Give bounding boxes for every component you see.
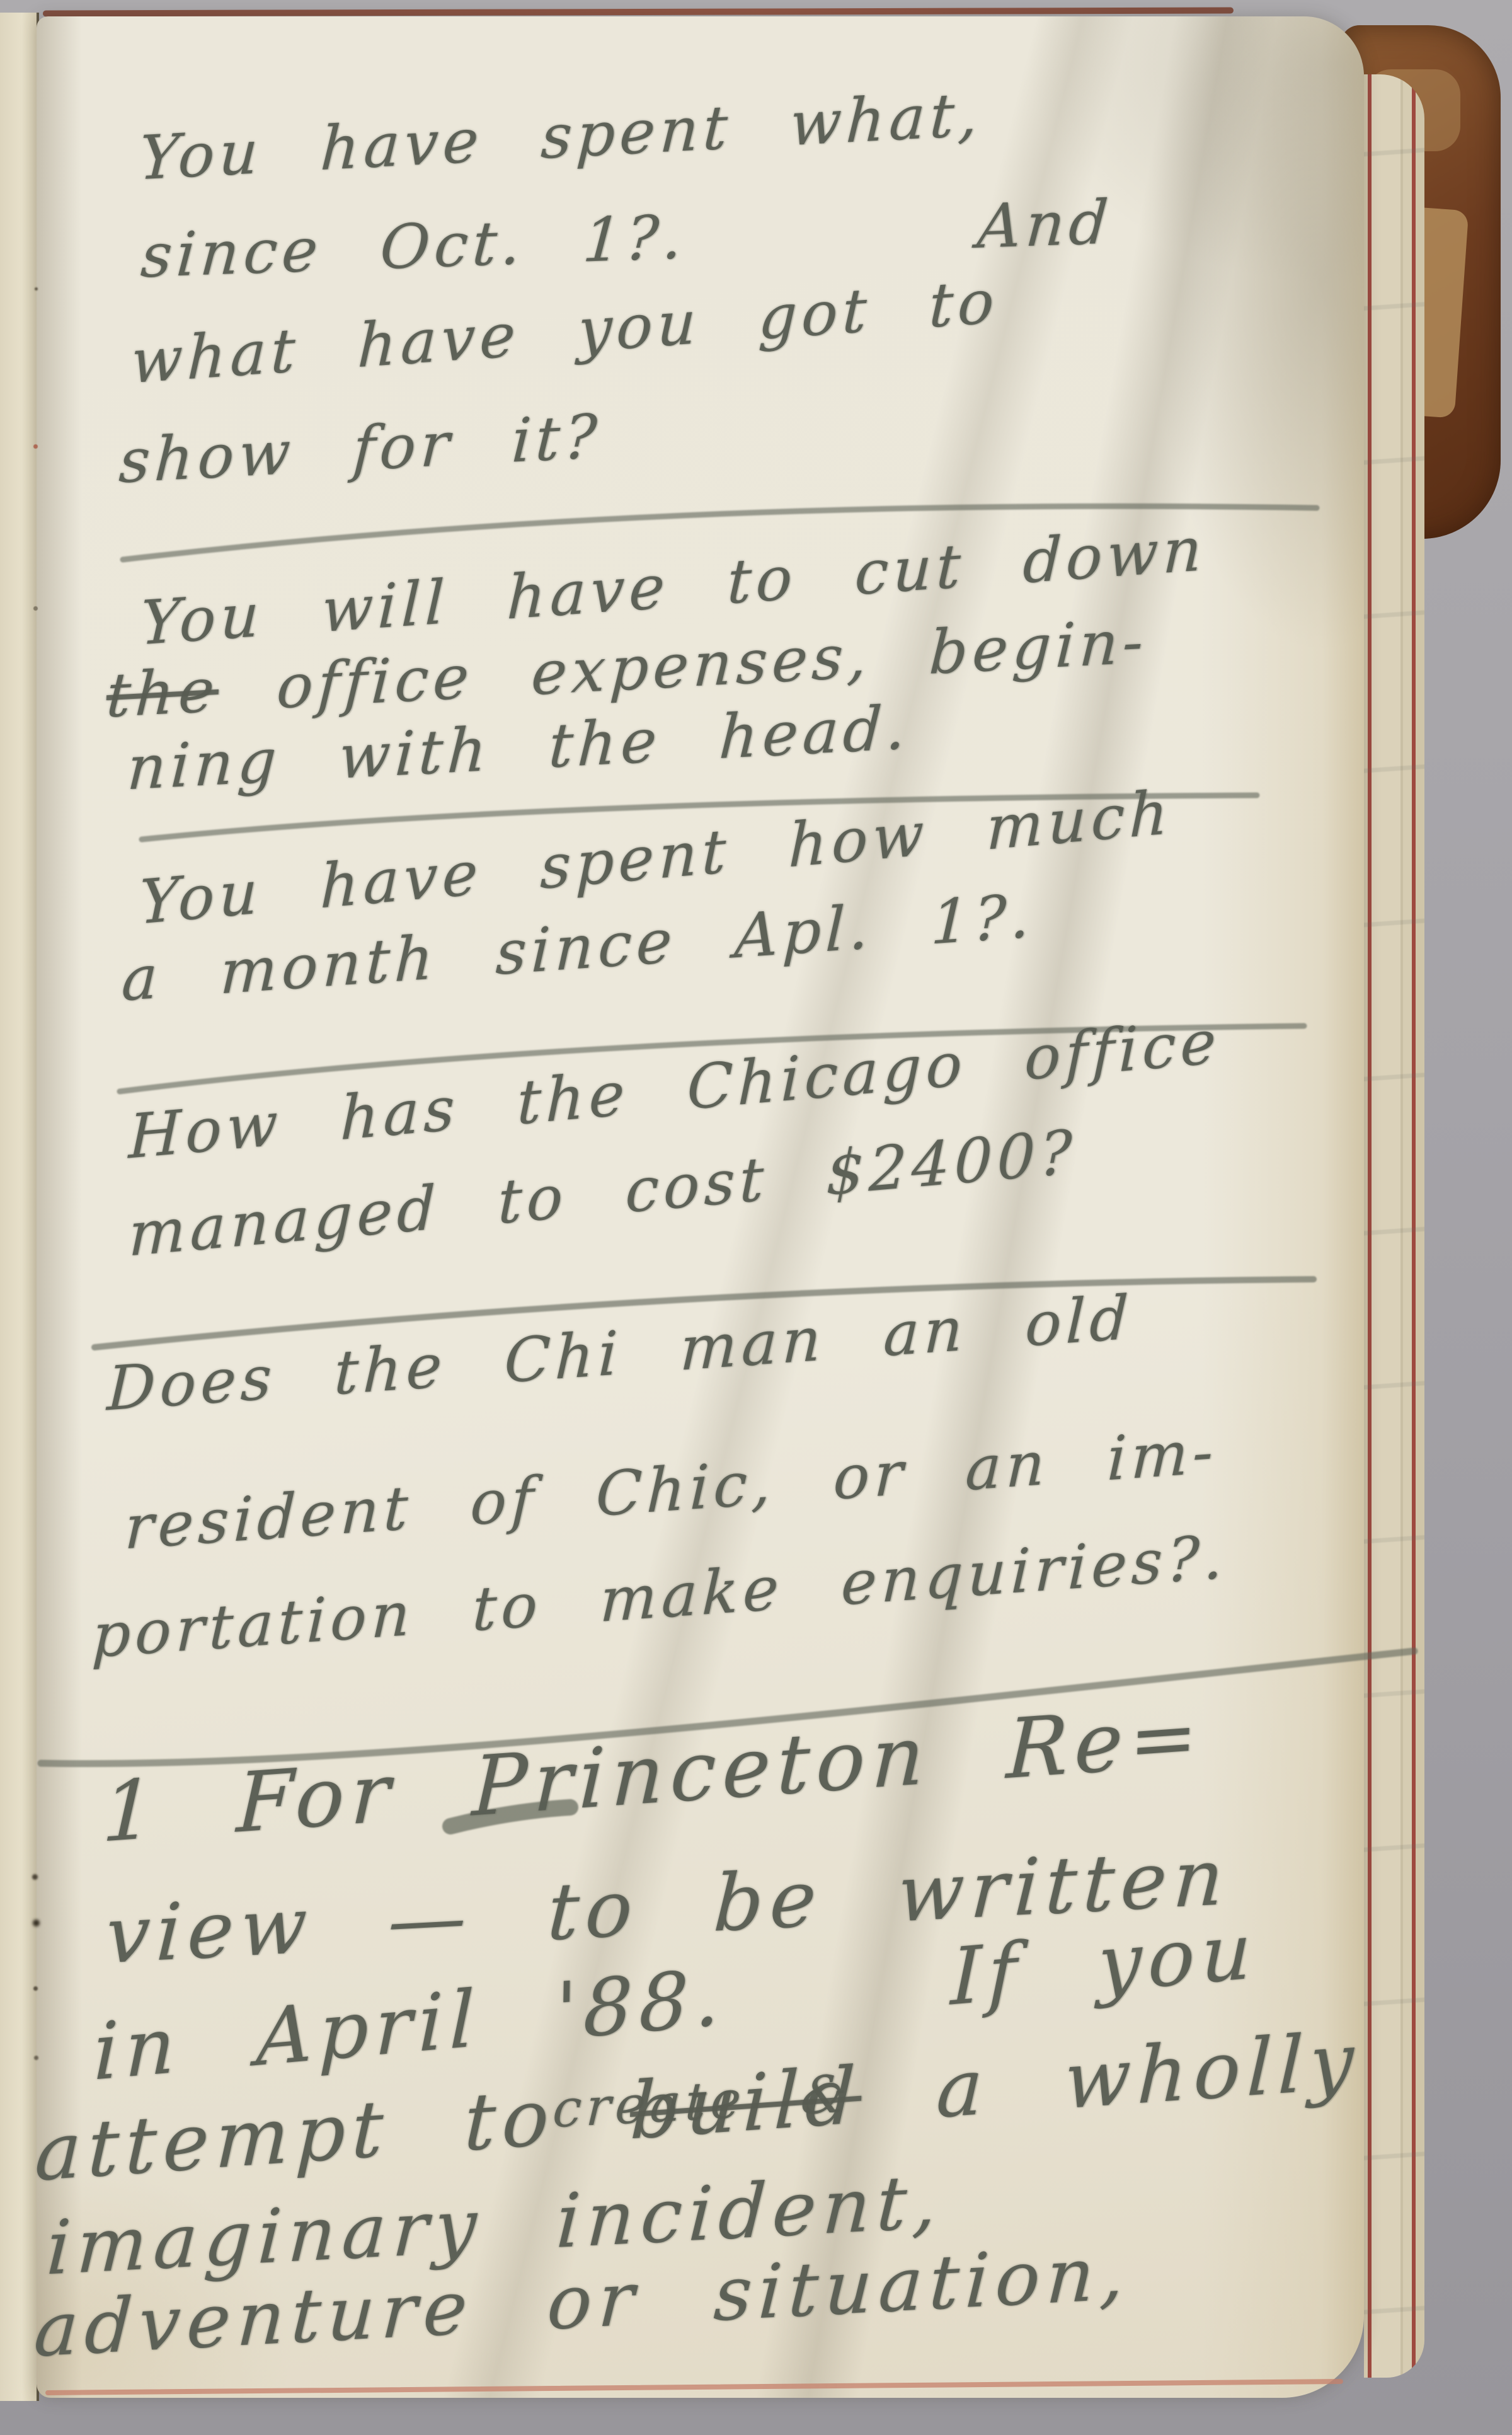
scanned-notebook-scene: You have spent what,since Oct. 1?. Andwh… [0, 0, 1512, 2435]
note-spending-since-oct-line-4: show for it? [117, 401, 603, 497]
note-spending-since-oct-line-1: You have spent what, [137, 79, 984, 194]
note-chi-man-line-1: Does the Chi man an old [106, 1282, 1134, 1424]
note-princeton-review-line-1: 1 For Princeton Re= [101, 1688, 1206, 1861]
handwriting-layer: You have spent what,since Oct. 1?. Andwh… [0, 0, 1512, 2435]
